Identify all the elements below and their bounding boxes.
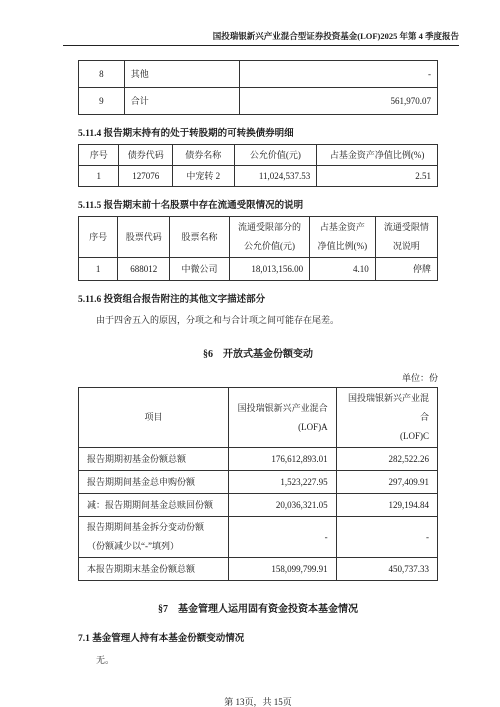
bond-summary-table: 8 其他 - 9 合计 561,970.07: [78, 60, 438, 115]
cell-item: 其他: [124, 61, 239, 88]
cell-item: 合计: [124, 88, 239, 115]
table-row: 报告期期间基金总申购份额 1,523,227.95 297,409.91: [79, 471, 438, 494]
cell-class-a: 176,612,893.01: [229, 448, 337, 471]
cell-nav-ratio: 2.51: [317, 166, 438, 187]
cell-restriction-desc: 停牌: [375, 258, 437, 281]
cell-class-c: 450,737.33: [336, 558, 437, 581]
table-row: 9 合计 561,970.07: [79, 88, 438, 115]
cell-class-a: -: [229, 517, 337, 558]
cell-nav-ratio: 4.10: [310, 258, 376, 281]
cell-class-a: 20,036,321.05: [229, 494, 337, 517]
col-header-nav-ratio: 占基金资产净值比例(%): [310, 217, 376, 258]
cell-item: 报告期期初基金份额总额: [79, 448, 229, 471]
cell-restricted-fair-value: 18,013,156.00: [229, 258, 309, 281]
cell-class-c: 129,194.84: [336, 494, 437, 517]
section7-heading: §7 基金管理人运用固有资金投资本基金情况: [78, 603, 438, 617]
col-header-restriction-desc: 流通受限情况说明: [375, 217, 437, 258]
section-title-5115: 5.11.5 报告期末前十名股票中存在流通受限情况的说明: [78, 200, 438, 212]
fund-a-name-line2: (LOF)A: [298, 422, 328, 432]
cell-class-c: -: [336, 517, 437, 558]
col-header-seq: 序号: [79, 145, 119, 166]
section6-heading: §6 开放式基金份额变动: [78, 348, 438, 362]
section-title-71: 7.1 基金管理人持有本基金份额变动情况: [78, 633, 438, 645]
table-row: 本报告期期末基金份额总额 158,099,799.91 450,737.33: [79, 558, 438, 581]
cell-value: -: [240, 61, 438, 88]
rounding-note-text: 由于四舍五入的原因，分项之和与合计项之间可能存在尾差。: [78, 314, 438, 326]
col-header-nav-ratio: 占基金资产净值比例(%): [317, 145, 438, 166]
col-header-seq: 序号: [79, 217, 118, 258]
table-row: 1 688012 中微公司 18,013,156.00 4.10 停牌: [79, 258, 438, 281]
cell-fair-value: 11,024,537.53: [234, 166, 317, 187]
section-title-5116: 5.11.6 投资组合报告附注的其他文字描述部分: [78, 294, 438, 306]
cell-item: 报告期期间基金总申购份额: [79, 471, 229, 494]
cell-seq: 1: [79, 258, 118, 281]
section-title-5114: 5.11.4 报告期末持有的处于转股期的可转换债券明细: [78, 128, 438, 140]
cell-seq: 1: [79, 166, 119, 187]
cell-item: 减：报告期期间基金总赎回份额: [79, 494, 229, 517]
col-header-bond-code: 债券代码: [119, 145, 173, 166]
table-row: 报告期期间基金拆分变动份额（份额减少以“-”填列） - -: [79, 517, 438, 558]
table-header-row: 项目 国投瑞银新兴产业混合(LOF)A 国投瑞银新兴产业混合(LOF)C: [79, 388, 438, 448]
page-content: 8 其他 - 9 合计 561,970.07 5.11.4 报告期末持有的处于转…: [78, 60, 438, 707]
cell-class-c: 282,522.26: [336, 448, 437, 471]
restricted-stock-table: 序号 股票代码 股票名称 流通受限部分的公允价值(元) 占基金资产净值比例(%)…: [78, 216, 438, 281]
col-header-stock-code: 股票代码: [118, 217, 170, 258]
fund-c-name-line2: (LOF)C: [400, 431, 429, 441]
convertible-bond-table: 序号 债券代码 债券名称 公允价值(元) 占基金资产净值比例(%) 1 1270…: [78, 144, 438, 187]
cell-seq: 9: [79, 88, 125, 115]
table-row: 报告期期初基金份额总额 176,612,893.01 282,522.26: [79, 448, 438, 471]
col-header-restricted-fair-value: 流通受限部分的公允价值(元): [229, 217, 309, 258]
cell-item: 本报告期期末基金份额总额: [79, 558, 229, 581]
col-header-stock-name: 股票名称: [170, 217, 230, 258]
unit-label: 单位：份: [78, 372, 438, 384]
table-header-row: 序号 债券代码 债券名称 公允价值(元) 占基金资产净值比例(%): [79, 145, 438, 166]
cell-class-a: 158,099,799.91: [229, 558, 337, 581]
col-header-fund-c: 国投瑞银新兴产业混合(LOF)C: [336, 388, 437, 448]
page-number-footer: 第 13页，共 15页: [78, 696, 438, 707]
col-header-fair-value: 公允价值(元): [234, 145, 317, 166]
section-71-none-text: 无。: [78, 654, 438, 666]
fund-a-name-line1: 国投瑞银新兴产业混合: [238, 403, 328, 413]
cell-bond-code: 127076: [119, 166, 173, 187]
cell-stock-name: 中微公司: [170, 258, 230, 281]
cell-class-a: 1,523,227.95: [229, 471, 337, 494]
col-header-bond-name: 债券名称: [173, 145, 234, 166]
cell-class-c: 297,409.91: [336, 471, 437, 494]
table-row: 减：报告期期间基金总赎回份额 20,036,321.05 129,194.84: [79, 494, 438, 517]
table-header-row: 序号 股票代码 股票名称 流通受限部分的公允价值(元) 占基金资产净值比例(%)…: [79, 217, 438, 258]
cell-bond-name: 中宠转 2: [173, 166, 234, 187]
share-change-table: 项目 国投瑞银新兴产业混合(LOF)A 国投瑞银新兴产业混合(LOF)C 报告期…: [78, 387, 438, 581]
table-row: 8 其他 -: [79, 61, 438, 88]
report-page: 国投瑞银新兴产业混合型证券投资基金(LOF)2025 年第 4 季度报告 8 其…: [0, 0, 500, 707]
cell-item: 报告期期间基金拆分变动份额（份额减少以“-”填列）: [79, 517, 229, 558]
table-row: 1 127076 中宠转 2 11,024,537.53 2.51: [79, 166, 438, 187]
col-header-item: 项目: [79, 388, 229, 448]
report-header-title: 国投瑞银新兴产业混合型证券投资基金(LOF)2025 年第 4 季度报告: [63, 0, 459, 46]
col-header-fund-a: 国投瑞银新兴产业混合(LOF)A: [229, 388, 337, 448]
fund-c-name-line1: 国投瑞银新兴产业混合: [348, 393, 429, 422]
cell-seq: 8: [79, 61, 125, 88]
cell-value: 561,970.07: [240, 88, 438, 115]
cell-stock-code: 688012: [118, 258, 170, 281]
